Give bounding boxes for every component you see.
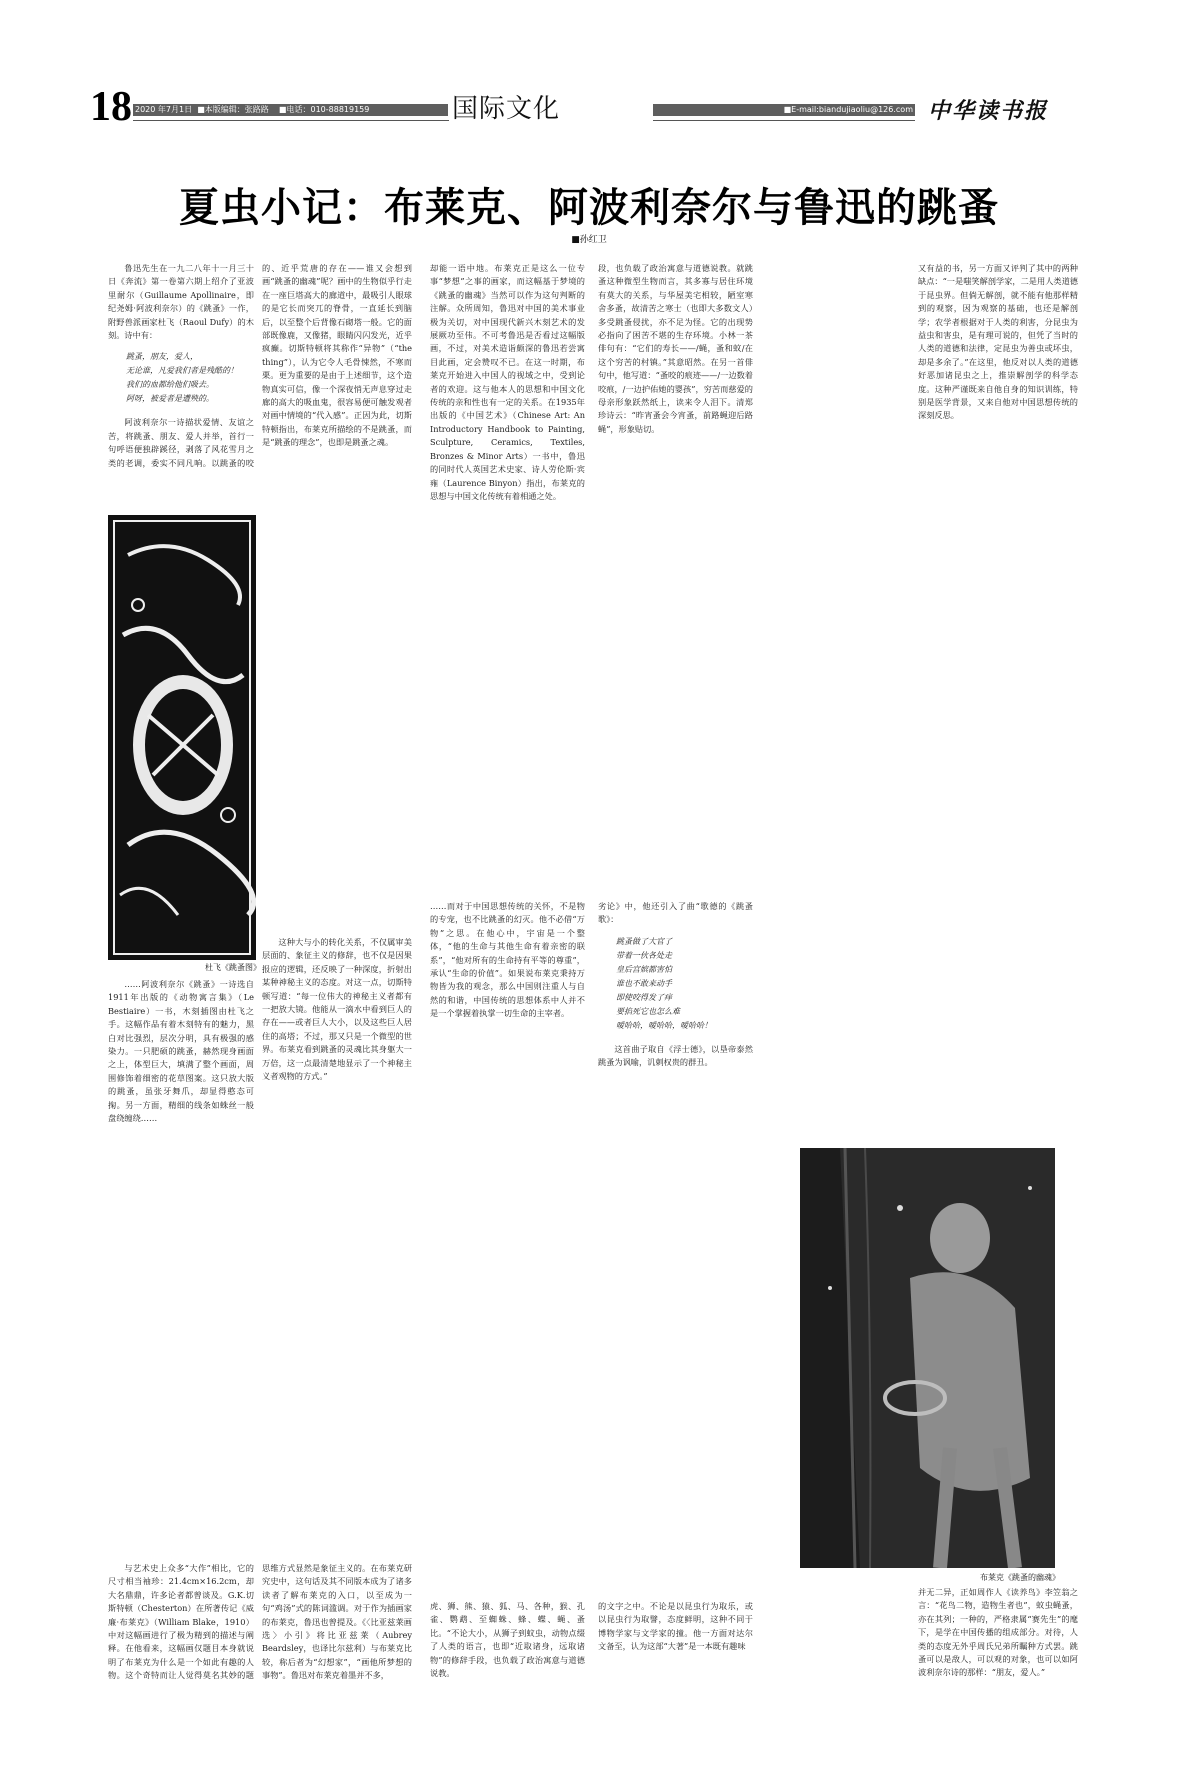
paragraph: 虎、狮、熊、猿、狐、马、各种，猴、孔雀、鹦鹉、至蜘蛛、蜂、蝶、蝇、蚤比。“不论大… bbox=[430, 1600, 585, 1680]
paragraph: 与艺术史上众多“大作”相比，它的尺寸相当袖珍：21.4cm×16.2cm，却大名… bbox=[108, 1562, 254, 1682]
paragraph: 思维方式显然是象征主义的。在布莱克研究史中，这句话及其不同版本成为了诸多读者了解… bbox=[262, 1562, 412, 1682]
paragraph: 阿波利奈尔一诗描状爱情、友谊之苦，将跳蚤、朋友、爱人并举，首行一句呼语便独辟蹊径… bbox=[108, 416, 254, 472]
poem-goethe-flea-song: 跳蚤做了大官了 带着一伙各处走 皇后宫嫔都害怕 谁也不敢来动手 即使咬得发了痒 … bbox=[616, 935, 753, 1033]
paragraph: ……而对于中国思想传统的关怀，不是物的专宠，也不比跳蚤的幻灭。他不必借“万物”之… bbox=[430, 900, 585, 1021]
column-1-bottom: 与艺术史上众多“大作”相比，它的尺寸相当袖珍：21.4cm×16.2cm，却大名… bbox=[108, 1562, 254, 1682]
poem-line: 跳蚤做了大官了 bbox=[616, 935, 753, 949]
paragraph: 这首曲子取自《浮士德》，以垦帝泰然跳蚤为讽喻，讥刺权贵的群丑。 bbox=[598, 1043, 753, 1070]
paragraph: 段，也负载了政治寓意与道德说教。就跳蚤这种微型生物而言，其多寡与居住环境有莫大的… bbox=[598, 262, 753, 436]
column-4-poem-block: 劣论》中，他还引入了曲“歌德的《跳蚤歌》： 跳蚤做了大官了 带着一伙各处走 皇后… bbox=[598, 900, 753, 1070]
poem-line: 即使咬得发了痒 bbox=[616, 991, 753, 1005]
masthead: 18 2020 年7月1日 ■本版编辑：张路路 ■电话：010-88819159… bbox=[0, 88, 1178, 133]
column-1-top: 鲁迅先生在一九二八年十一月三十日《奔流》第一卷第六期上绍介了亚波里耐尔（Guil… bbox=[108, 262, 254, 472]
masthead-info-bar: 2020 年7月1日 ■本版编辑：张路路 ■电话：010-88819159 bbox=[133, 104, 448, 116]
poem-line: 跳蚤，朋友，爱人， bbox=[126, 350, 254, 364]
column-4-top: 段，也负载了政治寓意与道德说教。就跳蚤这种微型生物而言，其多寡与居住环境有莫大的… bbox=[598, 262, 753, 892]
woodcut-flea-image bbox=[108, 515, 256, 960]
poem-line: 带着一伙各处走 bbox=[616, 949, 753, 963]
ghost-of-a-flea-painting bbox=[800, 1148, 1055, 1568]
divider bbox=[653, 120, 915, 121]
divider bbox=[133, 120, 449, 121]
flea-woodcut-icon bbox=[108, 515, 256, 960]
painting-caption: 布莱克《跳蚤的幽魂》 bbox=[980, 1572, 1060, 1583]
newspaper-logo: 中华读书报 bbox=[928, 94, 1048, 125]
poem-line: 嗳哈哈，嗳哈哈，嗳哈哈！ bbox=[616, 1019, 753, 1033]
column-2-top: 的、近乎荒唐的存在——谁又会想到画“跳蚤的幽魂”呢？画中的生物似乎行走在一座巨塔… bbox=[262, 262, 412, 922]
paragraph: 并无二异，正如周作人《读养鸟》李笠翁之言：“花鸟二物，造物生者也”，蚊虫蝇蚤，亦… bbox=[918, 1586, 1078, 1680]
email-address: ■E-mail:biandujiaoliu@126.com bbox=[784, 105, 913, 114]
masthead-email-bar: ■E-mail:biandujiaoliu@126.com bbox=[653, 104, 915, 116]
column-3-top: 却能一语中地。布莱克正是这么一位专事“梦想”之事的画家，而这幅基于梦境的《跳蚤的… bbox=[430, 262, 585, 892]
column-4-bottom: 的文字之中。不论是以昆虫行为取乐，或以昆虫行为取譬，态度鲜明，这种不同于博物学家… bbox=[598, 1600, 753, 1680]
section-title: 国际文化 bbox=[452, 92, 560, 126]
article-byline: ■孙红卫 bbox=[0, 232, 1178, 245]
column-1-lower: ……阿波利奈尔《跳蚤》一诗选自1911年出版的《动物寓言集》（Le Bestia… bbox=[108, 978, 254, 1548]
phone-number: ■电话：010-88819159 bbox=[279, 105, 369, 114]
article-title: 夏虫小记：布莱克、阿波利奈尔与鲁迅的跳蚤 bbox=[0, 183, 1178, 233]
paragraph: 又有益的书，另一方面又评判了其中的两种缺点：“一是嗤笑解剖学家，二是用人类道德于… bbox=[918, 262, 1078, 423]
paragraph: ……阿波利奈尔《跳蚤》一诗选自1911年出版的《动物寓言集》（Le Bestia… bbox=[108, 978, 254, 1125]
page-number: 18 bbox=[90, 84, 132, 130]
column-2-mid: 这种大与小的转化关系，不仅属审美层面的、象征主义的修辞，也不仅是因果报应的逻辑，… bbox=[262, 936, 412, 1546]
editor-credit: ■本版编辑：张路路 bbox=[197, 105, 269, 114]
paragraph: 的、近乎荒唐的存在——谁又会想到画“跳蚤的幽魂”呢？画中的生物似乎行走在一座巨塔… bbox=[262, 262, 412, 450]
column-5-bottom: 并无二异，正如周作人《读养鸟》李笠翁之言：“花鸟二物，造物生者也”，蚊虫蝇蚤，亦… bbox=[918, 1586, 1078, 1696]
poem-line: 皇后宫嫔都害怕 bbox=[616, 963, 753, 977]
ghost-flea-figure-icon bbox=[800, 1148, 1055, 1568]
column-5-top: 又有益的书，另一方面又评判了其中的两种缺点：“一是嗤笑解剖学家，二是用人类道德于… bbox=[918, 262, 1078, 1142]
paragraph: 的文字之中。不论是以昆虫行为取乐，或以昆虫行为取譬，态度鲜明，这种不同于博物学家… bbox=[598, 1600, 753, 1654]
issue-date: 2020 年7月1日 bbox=[135, 105, 192, 114]
woodcut-caption: 杜飞《跳蚤图》 bbox=[205, 962, 261, 973]
paragraph: 鲁迅先生在一九二八年十一月三十日《奔流》第一卷第六期上绍介了亚波里耐尔（Guil… bbox=[108, 262, 254, 342]
paragraph: 却能一语中地。布莱克正是这么一位专事“梦想”之事的画家，而这幅基于梦境的《跳蚤的… bbox=[430, 262, 585, 503]
poem-line: 要掐死它也怎么难 bbox=[616, 1005, 753, 1019]
poem-line: 阿呀，被爱者是遭殃的。 bbox=[126, 392, 254, 406]
column-3-mid: ……而对于中国思想传统的关怀，不是物的专宠，也不比跳蚤的幻灭。他不必借“万物”之… bbox=[430, 900, 585, 1590]
poem-apollinaire: 跳蚤，朋友，爱人， 无论谁，凡爱我们者是残酷的！ 我们的血都给他们吸去。 阿呀，… bbox=[126, 350, 254, 406]
paragraph: 劣论》中，他还引入了曲“歌德的《跳蚤歌》： bbox=[598, 900, 753, 927]
poem-line: 我们的血都给他们吸去。 bbox=[126, 378, 254, 392]
column-4-narrow bbox=[760, 1148, 796, 1568]
column-3-bottom: 虎、狮、熊、猿、狐、马、各种，猴、孔雀、鹦鹉、至蜘蛛、蜂、蝶、蝇、蚤比。“不论大… bbox=[430, 1600, 585, 1680]
poem-line: 无论谁，凡爱我们者是残酷的！ bbox=[126, 364, 254, 378]
column-2-bottom: 思维方式显然是象征主义的。在布莱克研究史中，这句话及其不同版本成为了诸多读者了解… bbox=[262, 1562, 412, 1682]
paragraph: 这种大与小的转化关系，不仅属审美层面的、象征主义的修辞，也不仅是因果报应的逻辑，… bbox=[262, 936, 412, 1083]
poem-line: 谁也不敢来动手 bbox=[616, 977, 753, 991]
